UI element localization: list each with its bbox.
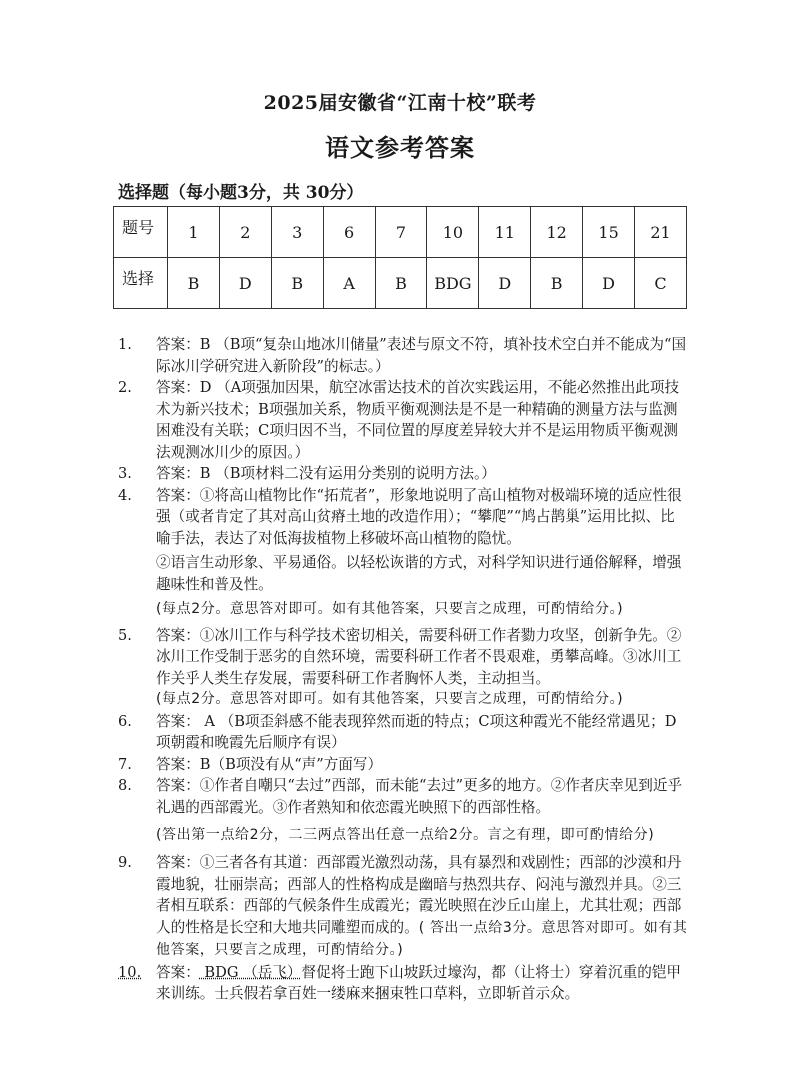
answer-text: 答案：B （B项“复杂山地冰川储量”表述与原文不符，填补技术空白并不能成为“国际…: [156, 336, 686, 375]
choice-cell: D: [479, 258, 531, 309]
choice-row: 选择 B D B A B BDG D B D C: [114, 258, 687, 309]
question-cell: 15: [583, 207, 635, 258]
answer-number: 4.: [118, 485, 152, 507]
answer-item-10: 10. 答案： BDG （岳飞）督促将士跑下山坡跃过壕沟，都（让将士）穿着沉重的…: [118, 962, 688, 1005]
question-cell: 3: [271, 207, 323, 258]
scoring-note: (每点2分。意思答对即可。如有其他答案，只要言之成理，可酌情给分。): [156, 599, 688, 621]
answer-item-6: 6. 答案： A （B项歪斜感不能表现猝然而逝的特点；C项这种霞光不能经常遇见；…: [118, 711, 688, 754]
document-subtitle: 语文参考答案: [0, 128, 800, 163]
answer-text: 答案：①将高山植物比作“拓荒者”，形象地说明了高山植物对极端环境的适应性很强（或…: [156, 485, 688, 550]
answer-number: 3.: [118, 463, 152, 485]
answer-number: 1.: [118, 334, 152, 356]
answer-item-7: 7. 答案：B（B项没有从“声”方面写）: [118, 754, 688, 776]
answer-text: 答案：D （A项强加因果，航空冰雷达技术的首次实践运用，不能必然推出此项技术为新…: [156, 379, 679, 461]
answer-number: 2.: [118, 377, 152, 399]
scoring-note: (答出第一点给2分，二三两点答出任意一点给2分。言之有理，即可酌情给分): [156, 822, 688, 848]
answer-number: 7.: [118, 754, 152, 776]
document-title: 2025届安徽省“江南十校”联考: [0, 88, 800, 115]
choice-cell: D: [583, 258, 635, 309]
row-label-choice: 选择: [114, 258, 168, 309]
answer-text: 答案：①作者自嘲只“去过”西部，而未能“去过”更多的地方。②作者庆幸见到近乎礼遇…: [156, 775, 688, 818]
choice-cell: BDG: [427, 258, 479, 309]
choice-cell: B: [168, 258, 220, 309]
answer-number: 5.: [118, 625, 152, 647]
answer-prefix: 答案：: [156, 964, 200, 981]
answer-item-5: 5. 答案：①冰川工作与科学技术密切相关，需要科研工作者勠力攻坚，创新争先。②冰…: [118, 625, 688, 711]
choice-cell: D: [219, 258, 271, 309]
answer-item-9: 9. 答案：①三者各有其道：西部霞光激烈动荡，具有暴烈和戏剧性；西部的沙漠和丹霞…: [118, 852, 688, 962]
question-cell: 12: [531, 207, 583, 258]
answer-text: 答案：B （B项材料二没有运用分类别的说明方法。）: [156, 465, 496, 482]
answer-text: 答案：B（B项没有从“声”方面写）: [156, 756, 382, 773]
underlined-answer: BDG （岳飞）: [200, 964, 302, 981]
answer-number: 9.: [118, 852, 152, 874]
choice-cell: B: [271, 258, 323, 309]
answer-number: 6.: [118, 711, 152, 733]
answer-list: 1. 答案：B （B项“复杂山地冰川储量”表述与原文不符，填补技术空白并不能成为…: [118, 334, 688, 1005]
answer-item-1: 1. 答案：B （B项“复杂山地冰川储量”表述与原文不符，填补技术空白并不能成为…: [118, 334, 688, 377]
question-cell: 10: [427, 207, 479, 258]
row-label-question: 题号: [114, 207, 168, 258]
answer-text: 答案：①冰川工作与科学技术密切相关，需要科研工作者勠力攻坚，创新争先。②冰川工作…: [156, 625, 688, 690]
question-cell: 21: [635, 207, 687, 258]
answer-text-part-2: ②语言生动形象、平易通俗。以轻松诙谐的方式，对科学知识进行通俗解释，增强趣味性和…: [156, 552, 688, 595]
answer-item-3: 3. 答案：B （B项材料二没有运用分类别的说明方法。）: [118, 463, 688, 485]
choice-cell: B: [531, 258, 583, 309]
answer-item-8: 8. 答案：①作者自嘲只“去过”西部，而未能“去过”更多的地方。②作者庆幸见到近…: [118, 775, 688, 848]
question-cell: 1: [168, 207, 220, 258]
question-cell: 7: [375, 207, 427, 258]
choice-cell: A: [323, 258, 375, 309]
answer-number: 10.: [118, 962, 152, 984]
answer-item-4: 4. 答案：①将高山植物比作“拓荒者”，形象地说明了高山植物对极端环境的适应性很…: [118, 485, 688, 621]
question-cell: 6: [323, 207, 375, 258]
choice-cell: B: [375, 258, 427, 309]
choice-answer-table: 题号 1 2 3 6 7 10 11 12 15 21 选择 B D B A B…: [113, 206, 687, 309]
question-cell: 2: [219, 207, 271, 258]
answer-number: 8.: [118, 775, 152, 797]
answer-text: 答案： A （B项歪斜感不能表现猝然而逝的特点；C项这种霞光不能经常遇见；D项朝…: [156, 713, 676, 752]
answer-item-2: 2. 答案：D （A项强加因果，航空冰雷达技术的首次实践运用，不能必然推出此项技…: [118, 377, 688, 463]
question-number-row: 题号 1 2 3 6 7 10 11 12 15 21: [114, 207, 687, 258]
choice-section-heading: 选择题（每小题3分，共 30分）: [118, 178, 363, 203]
choice-cell: C: [635, 258, 687, 309]
question-cell: 11: [479, 207, 531, 258]
scoring-note: (每点2分。意思答对即可。如有其他答案，只要言之成理，可酌情给分。): [156, 689, 688, 711]
